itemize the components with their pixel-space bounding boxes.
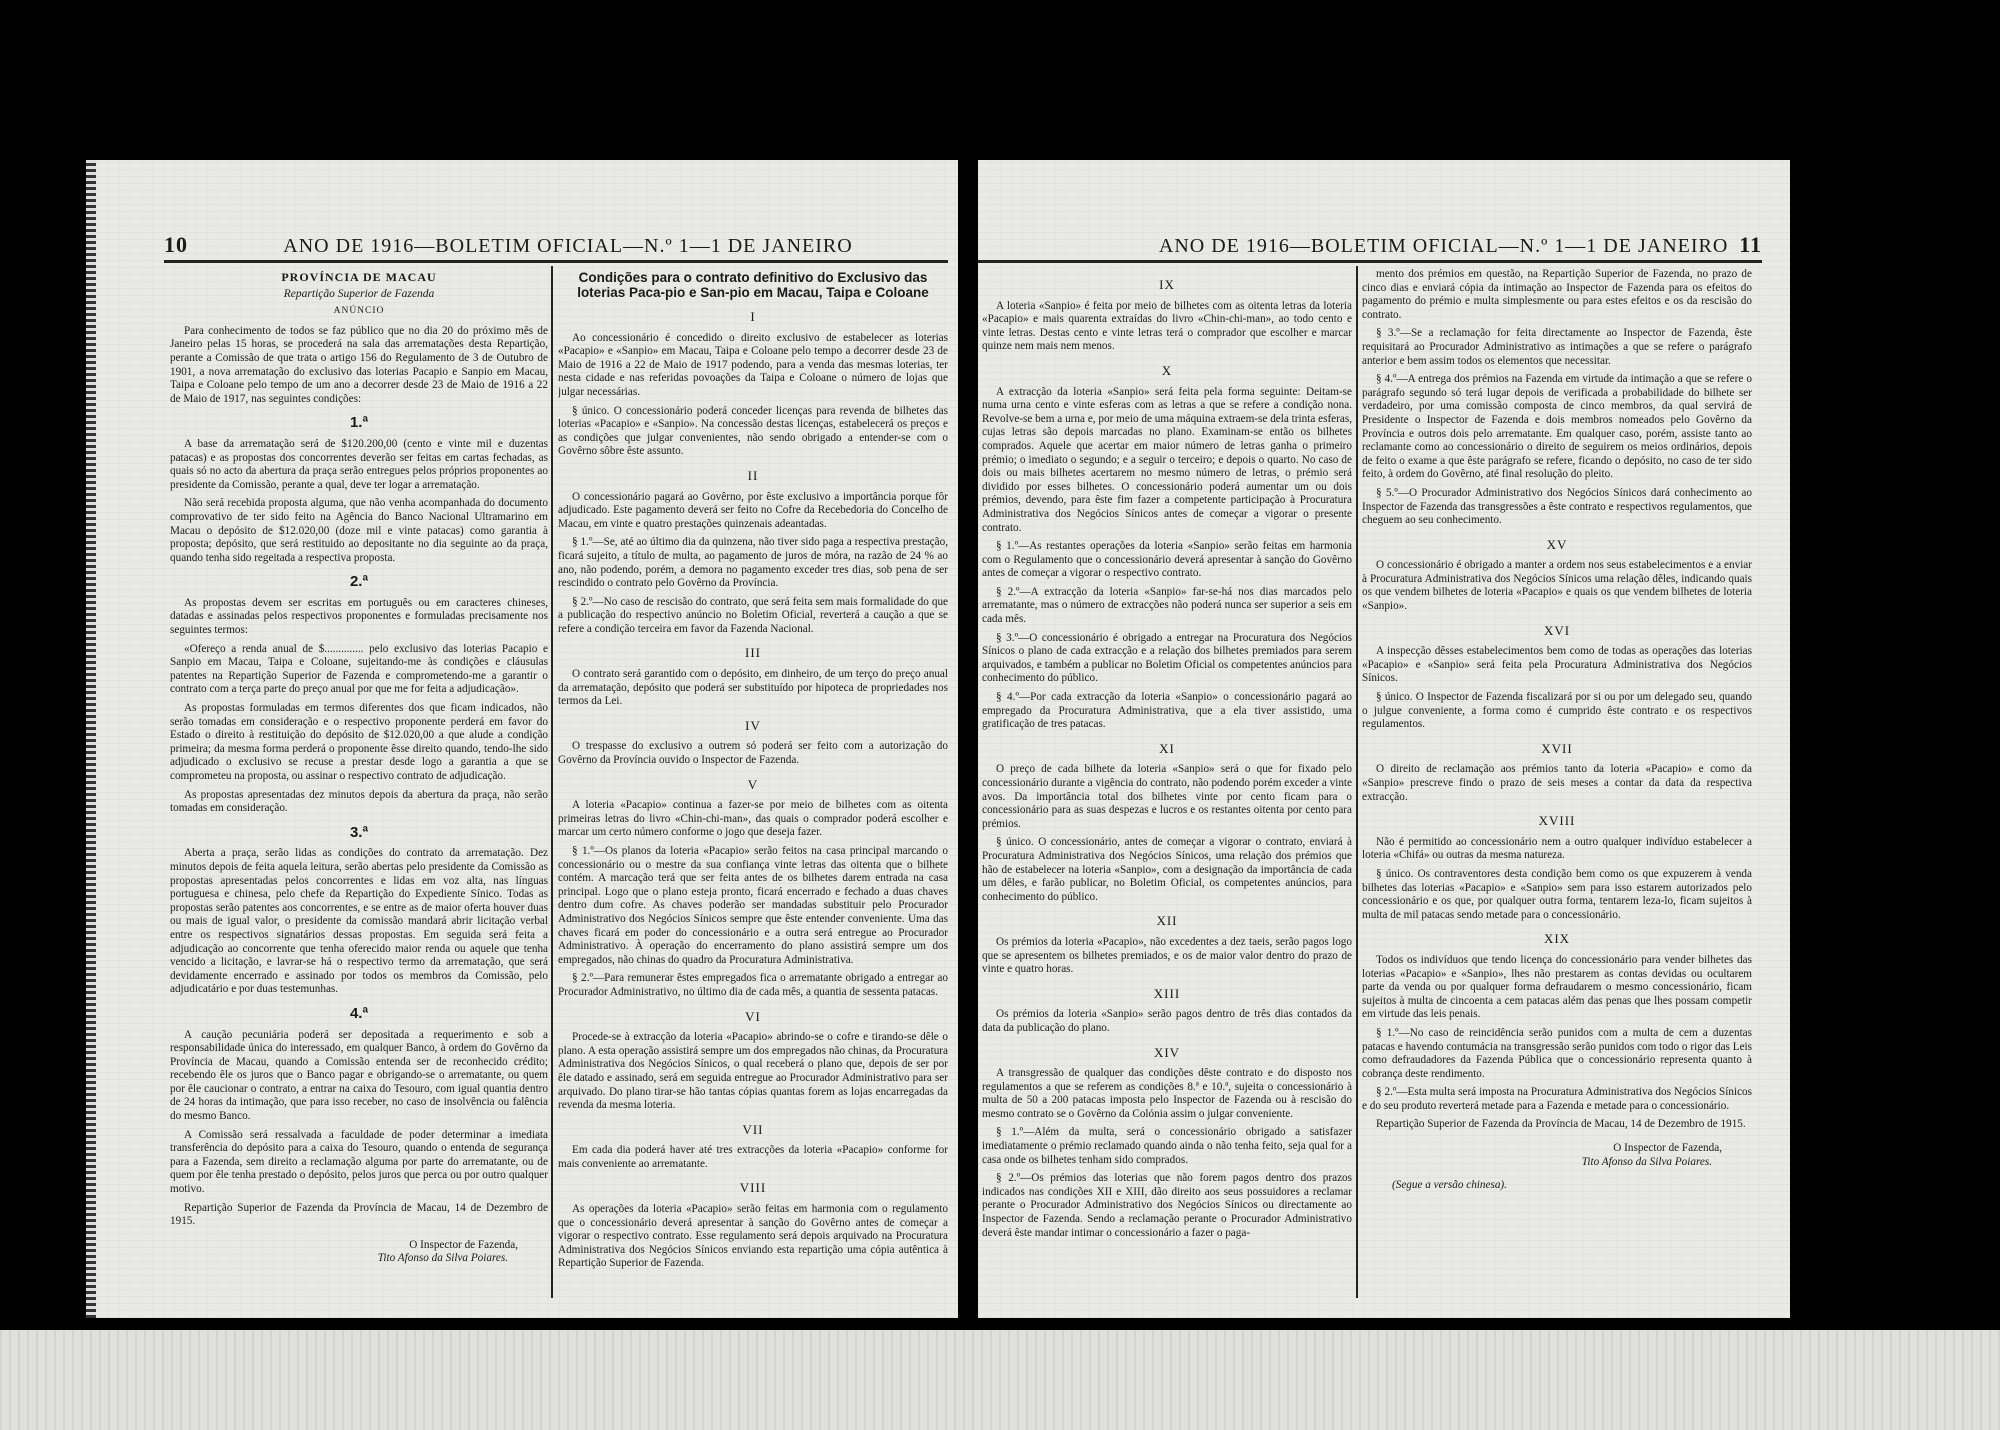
section-paragraph: O direito de reclamação aos prémios tant… — [1362, 763, 1752, 804]
signoff: O Inspector de Fazenda, — [1362, 1142, 1722, 1156]
section-paragraph: Aberta a praça, serão lidas as condições… — [170, 847, 548, 997]
section-heading: V — [558, 778, 948, 792]
section-heading: 2.ª — [170, 575, 548, 589]
section-paragraph: O concessionário é obrigado a manter a o… — [1362, 559, 1752, 613]
section-heading: 1.ª — [170, 416, 548, 430]
notice-label: ANÚNCIO — [170, 305, 548, 319]
section-paragraph: Em cada dia poderá haver até tres extrac… — [558, 1144, 948, 1171]
section-heading: XVII — [1362, 742, 1752, 756]
section-paragraph: § 3.º—O concessionário é obrigado a entr… — [982, 632, 1352, 686]
section-paragraph: Procede-se à extracção da loteria «Pacap… — [558, 1031, 948, 1113]
page-edge — [86, 160, 96, 1318]
closing-line: Repartição Superior de Fazenda da Provín… — [1362, 1118, 1752, 1132]
section-heading: XVI — [1362, 624, 1752, 638]
province-heading: PROVÍNCIA DE MACAU — [170, 271, 548, 285]
running-head-title: ANO DE 1916—BOLETIM OFICIAL—N.º 1—1 DE J… — [188, 235, 948, 258]
section-paragraph: § 1.º—Os planos da loteria «Pacapio» ser… — [558, 845, 948, 967]
section-paragraph: O preço de cada bilhete da loteria «Sanp… — [982, 763, 1352, 831]
section-heading: VI — [558, 1010, 948, 1024]
section-paragraph: § 2.º—Para remunerar êstes empregados fi… — [558, 972, 948, 999]
section-paragraph: As propostas apresentadas dez minutos de… — [170, 789, 548, 816]
section-paragraph: A inspecção dêsses estabelecimentos bem … — [1362, 645, 1752, 686]
continuation-paragraph: § 5.º—O Procurador Administrativo dos Ne… — [1362, 487, 1752, 528]
section-paragraph: A loteria «Sanpio» é feita por meio de b… — [982, 300, 1352, 354]
section-paragraph: O concessionário pagará ao Govêrno, por … — [558, 491, 948, 532]
signoff: O Inspector de Fazenda, — [170, 1239, 518, 1253]
department-heading: Repartição Superior de Fazenda — [170, 288, 548, 302]
continuation-paragraph: § 4.º—A entrega dos prémios na Fazenda e… — [1362, 373, 1752, 482]
section-paragraph: A extracção da loteria «Sanpio» será fei… — [982, 386, 1352, 536]
running-head: 10 ANO DE 1916—BOLETIM OFICIAL—N.º 1—1 D… — [164, 232, 948, 258]
section-paragraph: A Comissão será ressalvada a faculdade d… — [170, 1129, 548, 1197]
closing-line: Repartição Superior de Fazenda da Provín… — [170, 1202, 548, 1229]
section-paragraph: § 4.º—Por cada extracção da loteria «San… — [982, 691, 1352, 732]
section-paragraph: § 2.º—Esta multa será imposta na Procura… — [1362, 1086, 1752, 1113]
running-head: ANO DE 1916—BOLETIM OFICIAL—N.º 1—1 DE J… — [1148, 232, 1762, 258]
section-paragraph: A caução pecuniária poderá ser depositad… — [170, 1029, 548, 1124]
section-paragraph: O trespasse do exclusivo a outrem só pod… — [558, 740, 948, 767]
section-heading: XV — [1362, 538, 1752, 552]
section-paragraph: As propostas formuladas em termos difere… — [170, 702, 548, 784]
intro-paragraph: Para conhecimento de todos se faz públic… — [170, 325, 548, 407]
section-heading: II — [558, 469, 948, 483]
header-rule — [978, 260, 1762, 263]
section-paragraph: Os prémios da loteria «Sanpio» serão pag… — [982, 1008, 1352, 1035]
section-paragraph: § único. Os contraventores desta condiçã… — [1362, 868, 1752, 922]
continuation-paragraph: § 3.º—Se a reclamação for feita directam… — [1362, 327, 1752, 368]
section-paragraph: § 1.º—Se, até ao último dia da quinzena,… — [558, 536, 948, 590]
section-paragraph: A transgressão de qualquer das condições… — [982, 1067, 1352, 1121]
section-heading: XVIII — [1362, 814, 1752, 828]
column-announcement: PROVÍNCIA DE MACAU Repartição Superior d… — [170, 268, 548, 1298]
section-heading: III — [558, 646, 948, 660]
section-heading: X — [982, 364, 1352, 378]
column-conditions-xv-xix: mento dos prémios em questão, na Reparti… — [1362, 268, 1752, 1298]
section-paragraph: Não será recebida proposta alguma, que n… — [170, 497, 548, 565]
header-rule — [164, 260, 948, 263]
section-heading: XII — [982, 914, 1352, 928]
section-paragraph: O contrato será garantido com o depósito… — [558, 668, 948, 709]
section-paragraph: § único. O concessionário poderá concede… — [558, 405, 948, 459]
section-paragraph: § único. O concessionário, antes de come… — [982, 836, 1352, 904]
section-paragraph: § único. O Inspector de Fazenda fiscaliz… — [1362, 691, 1752, 732]
section-heading: IV — [558, 719, 948, 733]
section-paragraph: «Ofereço a renda anual de $.............… — [170, 643, 548, 697]
section-heading: IX — [982, 278, 1352, 292]
column-contract-conditions: Condições para o contrato definitivo do … — [558, 268, 948, 1298]
section-heading: XI — [982, 742, 1352, 756]
section-heading: 4.ª — [170, 1007, 548, 1021]
section-paragraph: Todos os indivíduos que tendo licença do… — [1362, 954, 1752, 1022]
continuation-paragraph: mento dos prémios em questão, na Reparti… — [1362, 268, 1752, 322]
section-paragraph: Não é permitido ao concessionário nem a … — [1362, 836, 1752, 863]
section-paragraph: A base da arrematação será de $120.200,0… — [170, 438, 548, 492]
scan-bottom-strip — [0, 1330, 2000, 1430]
section-paragraph: As operações da loteria «Pacapio» serão … — [558, 1203, 948, 1271]
column-divider — [1356, 266, 1358, 1298]
section-paragraph: § 2.º—Os prémios das loterias que não fo… — [982, 1172, 1352, 1240]
section-paragraph: A loteria «Pacapio» continua a fazer-se … — [558, 799, 948, 840]
page-number: 11 — [1739, 232, 1762, 258]
signature: Tito Afonso da Silva Poiares. — [170, 1252, 508, 1266]
left-page: 10 ANO DE 1916—BOLETIM OFICIAL—N.º 1—1 D… — [86, 160, 958, 1318]
section-paragraph: As propostas devem ser escritas em portu… — [170, 597, 548, 638]
section-heading: XIII — [982, 987, 1352, 1001]
right-page: ANO DE 1916—BOLETIM OFICIAL—N.º 1—1 DE J… — [978, 160, 1790, 1318]
chinese-version-note: (Segue a versão chinesa). — [1392, 1179, 1752, 1193]
section-heading: 3.ª — [170, 826, 548, 840]
section-paragraph: § 2.º—No caso de rescisão do contrato, q… — [558, 596, 948, 637]
page-number: 10 — [164, 232, 188, 258]
section-heading: VII — [558, 1123, 948, 1137]
section-paragraph: § 1.º—As restantes operações da loteria … — [982, 540, 1352, 581]
section-paragraph: § 1.º—No caso de reincidência serão puni… — [1362, 1027, 1752, 1081]
signature: Tito Afonso da Silva Poiares. — [1362, 1156, 1712, 1170]
column-divider — [551, 266, 553, 1298]
section-heading: XIX — [1362, 932, 1752, 946]
contract-title: Condições para o contrato definitivo do … — [558, 270, 948, 300]
section-paragraph: § 1.º—Além da multa, será o concessionár… — [982, 1126, 1352, 1167]
running-head-title: ANO DE 1916—BOLETIM OFICIAL—N.º 1—1 DE J… — [1148, 235, 1739, 258]
section-heading: VIII — [558, 1181, 948, 1195]
section-paragraph: § 2.º—A extracção da loteria «Sanpio» fa… — [982, 586, 1352, 627]
section-paragraph: Os prémios da loteria «Pacapio», não exc… — [982, 936, 1352, 977]
column-conditions-ix-xiv: IXA loteria «Sanpio» é feita por meio de… — [982, 268, 1352, 1298]
section-heading: XIV — [982, 1046, 1352, 1060]
section-paragraph: Ao concessionário é concedido o direito … — [558, 332, 948, 400]
section-heading: I — [558, 310, 948, 324]
